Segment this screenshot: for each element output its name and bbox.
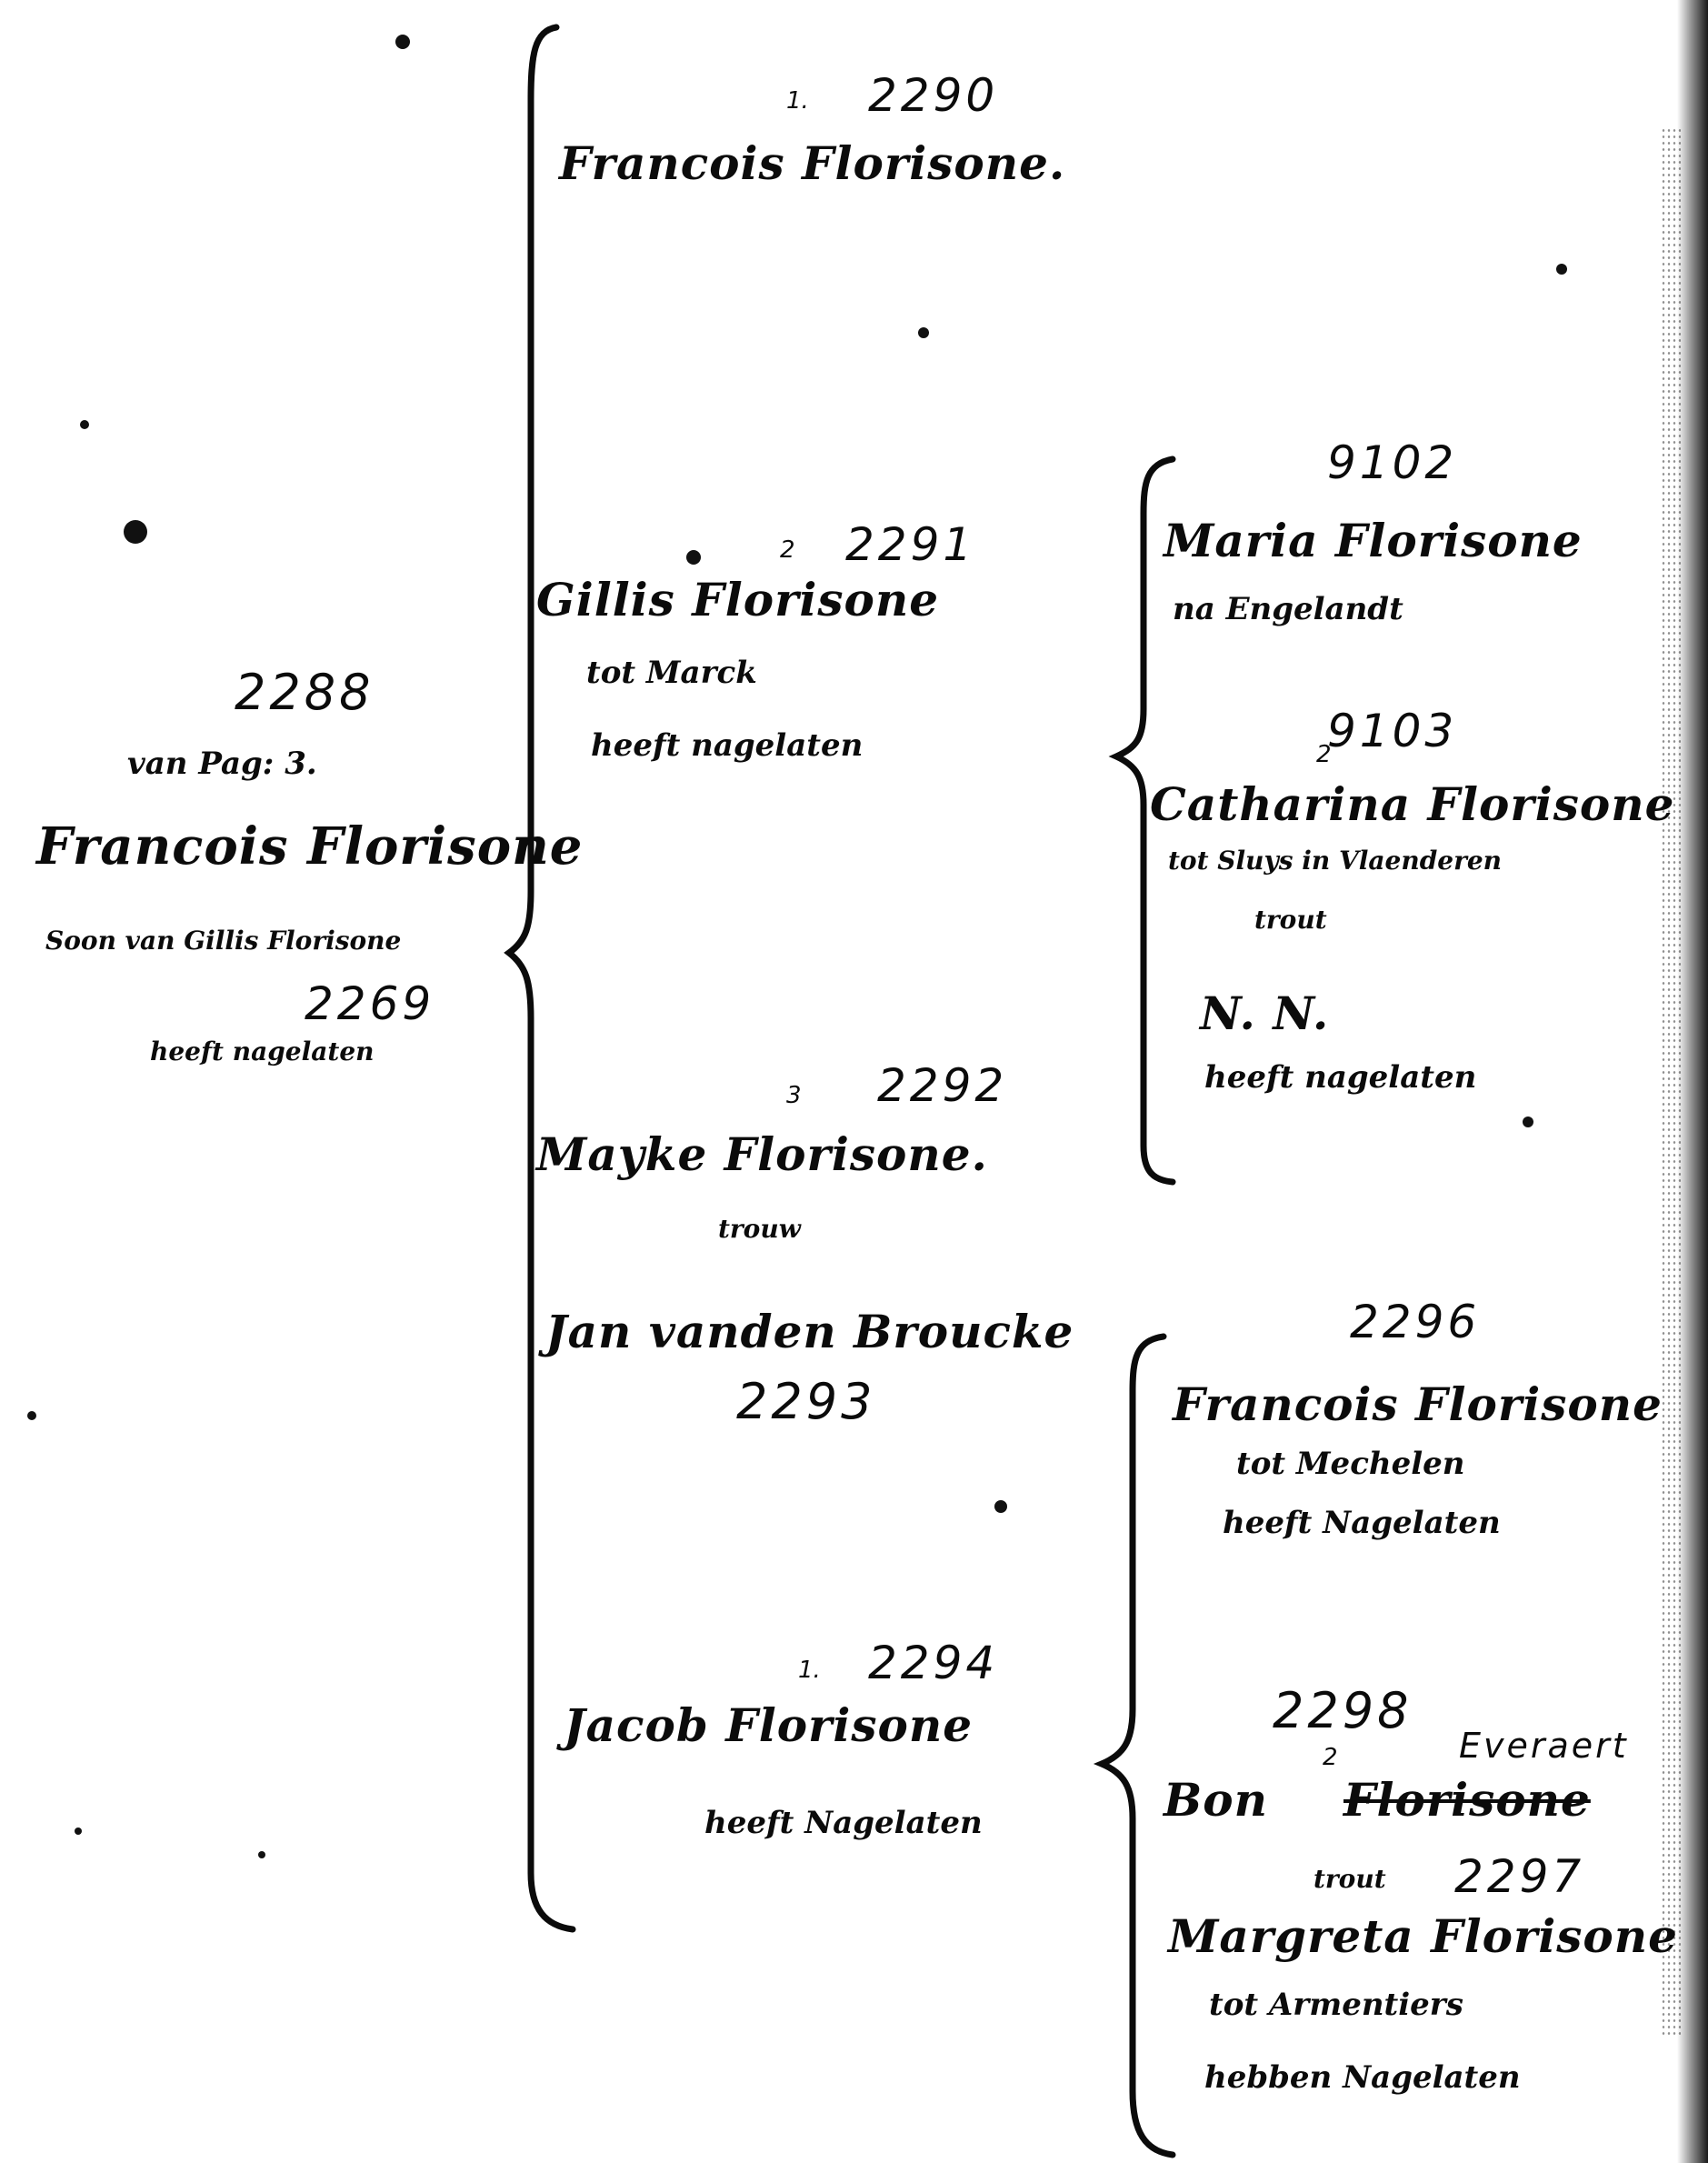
root-number: 2288 [235,664,374,721]
child-ordinal: 1. [798,1657,821,1684]
child-number: 2292 [877,1059,1007,1112]
spouse-label: trout [1313,1864,1386,1894]
ink-speck [258,1851,265,1858]
struck-surname: Florisone [1343,1773,1591,1827]
grandchild-status: heeft nagelaten [1204,1059,1476,1096]
child-ordinal: 3 [786,1082,802,1109]
ink-speck [80,420,89,429]
grandchild-status: heeft Nagelaten [1223,1505,1501,1541]
spouse-name: Jan vanden Broucke [545,1305,1074,1358]
grandchild-number: 9102 [1327,436,1457,489]
root-name: Francois Florisone [36,816,583,876]
child-number: 2290 [868,69,998,122]
jacob-children-bracket [1102,1337,1173,2155]
spouse-label: trout [1254,905,1327,935]
child-name: Jacob Florisone [564,1698,973,1752]
grandchild-status: hebben Nagelaten [1204,2059,1521,2096]
main-bracket [509,27,573,1929]
grandchild-given-name: Bon [1164,1773,1268,1827]
grandchild-name: Francois Florisone [1173,1377,1663,1431]
ink-speck [395,35,410,49]
grandchild-number: 2296 [1350,1296,1480,1348]
grandchild-place: tot Mechelen [1236,1446,1465,1482]
root-parent-number: 2269 [305,977,434,1030]
spouse-number: 2297 [1454,1850,1584,1903]
ink-speck [918,327,929,338]
grandchild-place: na Engelandt [1173,591,1403,627]
child-status: heeft nagelaten [591,727,863,764]
ink-speck [124,520,147,544]
ink-speck [27,1411,36,1420]
child-name: Francois Florisone. [559,136,1065,190]
child-name: Gillis Florisone [536,573,939,626]
spouse-label: trouw [718,1214,801,1244]
ink-speck [1523,1117,1533,1127]
document-page: 2288 van Pag: 3. Francois Florisone Soon… [0,0,1708,2163]
grandchild-place: tot Armentiers [1209,1987,1463,2023]
surname-correction: Everaert [1459,1726,1629,1766]
child-status: heeft Nagelaten [704,1805,983,1841]
ink-speck [75,1828,82,1835]
child-number: 2294 [868,1637,998,1689]
child-name: Mayke Florisone. [536,1127,988,1181]
grandchild-ordinal: 2 [1323,1744,1338,1771]
child-place: tot Marck [586,655,757,691]
ink-speck [1556,264,1567,275]
grandchild-name: Catharina Florisone [1150,777,1674,831]
root-relation: Soon van Gillis Florisone [45,926,401,956]
root-page-reference: van Pag: 3. [127,746,317,782]
spouse-number: 2293 [736,1373,875,1430]
grandchild-name: Maria Florisone [1164,514,1583,567]
spouse-name: Margreta Florisone [1168,1909,1678,1963]
ink-speck [994,1500,1007,1513]
ink-speck [686,550,701,565]
child-ordinal: 2 [780,536,795,564]
grandchild-number: 9103 [1327,705,1457,757]
root-status: heeft nagelaten [150,1036,375,1066]
grandchild-place: tot Sluys in Vlaenderen [1168,846,1502,876]
grandchild-number: 2298 [1273,1682,1412,1739]
child-number: 2291 [845,518,975,571]
child-ordinal: 1. [786,87,809,115]
spouse-name: N. N. [1200,986,1329,1040]
